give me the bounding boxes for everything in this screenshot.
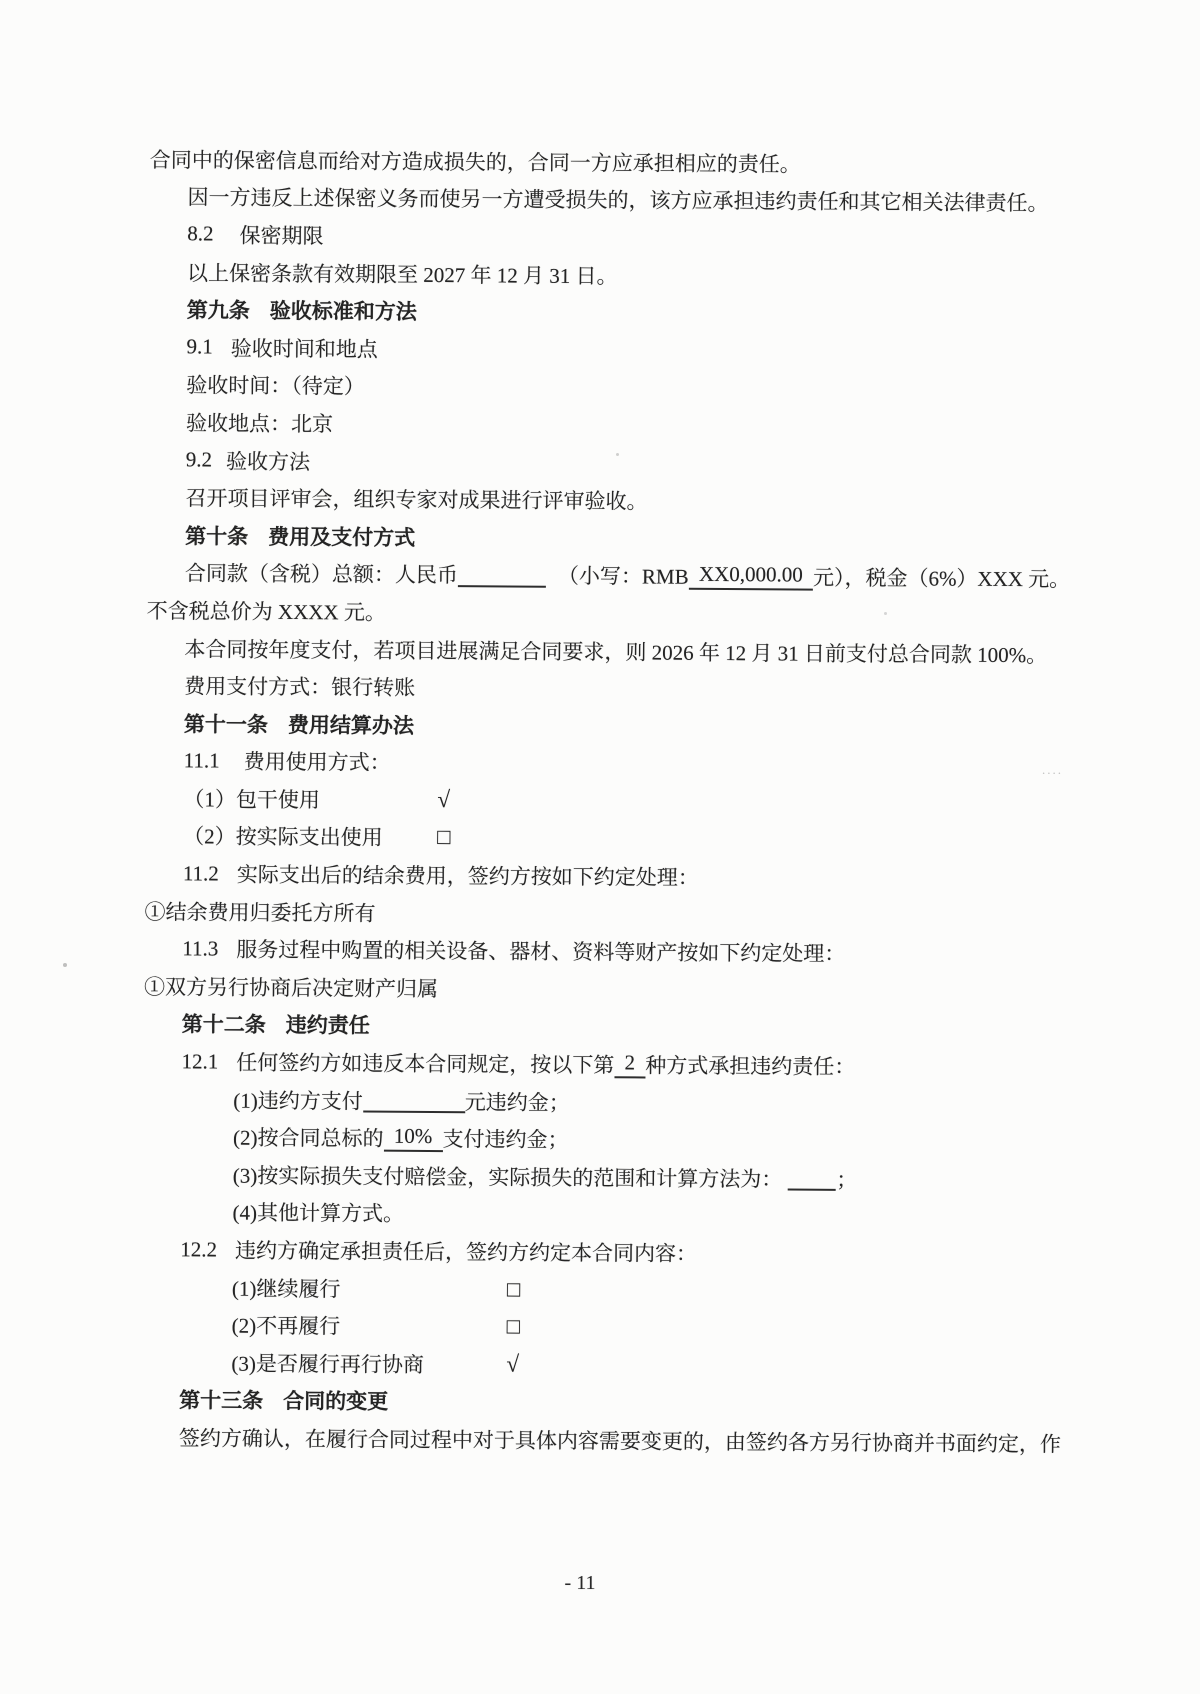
text-run: 验收时间和地点 (231, 332, 378, 363)
text-run: 12.2 (180, 1237, 217, 1262)
text-run: 签约方确认，在履行合同过程中对于具体内容需要变更的，由签约各方另行协商并书面约定… (179, 1422, 1061, 1458)
text-run: ①双方另行协商后决定财产归属 (144, 971, 438, 1003)
text-run: ①结余费用归委托方所有 (145, 896, 376, 928)
text-run: 11.2 (183, 861, 219, 886)
text-run: 元违约金； (465, 1086, 570, 1117)
checkbox-icon: □ (437, 825, 450, 851)
text-run: 验收标准和方法 (270, 295, 417, 326)
text-run: 12.1 (181, 1049, 218, 1074)
page-number: - 11 (0, 1572, 1160, 1595)
text-run: 违约责任 (286, 1009, 370, 1040)
text-run: 验收时间：（待定） (186, 370, 365, 401)
text-run: 9.1 (186, 335, 212, 360)
text-run: 任何签约方如违反本合同规定，按以下第 (236, 1047, 614, 1080)
text-run: 保密期限 (239, 220, 323, 251)
scan-speckle (616, 453, 619, 456)
text-run: (2)按合同总标的 (233, 1122, 384, 1153)
blank-underline (363, 1088, 465, 1114)
checkbox-icon: □ (507, 1314, 520, 1340)
text-run: 种方式承担违约责任： (645, 1050, 855, 1081)
scan-smudge: .... (1042, 762, 1063, 778)
text-run: 服务过程中购置的相关设备、器材、资料等财产按如下约定处理： (236, 934, 845, 968)
text-run: 11.3 (182, 936, 218, 961)
checkmark-icon: √ (437, 787, 450, 813)
text-run: （小写：RMB (558, 560, 689, 591)
blank-underline (458, 562, 546, 588)
contract-modification-line: 签约方确认，在履行合同过程中对于具体内容需要变更的，由签约各方另行协商并书面约定… (0, 1417, 1191, 1463)
text-run: 验收地点：北京 (186, 407, 333, 438)
text-run: 第十条 (185, 520, 248, 550)
checkbox-icon: □ (507, 1276, 520, 1302)
text-run: 以上保密条款有效期限至 2027 年 12 月 31 日。 (187, 257, 618, 290)
text-run: 不含税总价为 XXXX 元。 (147, 595, 386, 627)
text-run: 第十一条 (184, 708, 268, 739)
checkmark-icon: √ (506, 1351, 519, 1377)
scan-speckle (884, 612, 887, 615)
text-run: 违约方确定承担责任后，签约方约定本合同内容： (235, 1235, 697, 1268)
text-run: 元），税金（6%）XXX 元。 (813, 562, 1070, 594)
contract-page: 合同中的保密信息而给对方造成损失的，合同一方应承担相应的责任。因一方违反上述保密… (0, 0, 1200, 1694)
text-run: 合同的变更 (283, 1385, 388, 1416)
text-run: 费用支付方式：银行转账 (184, 670, 415, 702)
text-run: (3)按实际损失支付赔偿金，实际损失的范围和计算方法为： (233, 1159, 783, 1193)
text-run: (2)不再履行 (232, 1310, 507, 1342)
underlined-value: 10% (383, 1124, 442, 1152)
text-run: 费用结算办法 (288, 709, 414, 740)
text-run: 实际支出后的结余费用，签约方按如下约定处理： (237, 859, 699, 892)
text-run: 验收方法 (226, 445, 310, 476)
text-run: (3)是否履行再行协商 (231, 1347, 506, 1379)
scan-speckle (63, 963, 67, 967)
text-run: 支付违约金； (442, 1123, 568, 1154)
text-run: 第十二条 (182, 1009, 266, 1040)
text-run: 9.2 (186, 447, 212, 472)
text-run: 本合同按年度支付，若项目进展满足合同要求，则 2026 年 12 月 31 日前… (184, 633, 1047, 669)
blank-underline (788, 1166, 836, 1191)
document-body: 合同中的保密信息而给对方造成损失的，合同一方应承担相应的责任。因一方违反上述保密… (0, 139, 1200, 1463)
text-run: ； (836, 1164, 857, 1194)
text-run: （1）包干使用 (183, 783, 437, 815)
text-run: (4)其他计算方式。 (232, 1197, 404, 1228)
text-run: 第九条 (187, 294, 250, 324)
text-run: 11.1 (184, 748, 220, 773)
text-run: 费用使用方式： (244, 746, 391, 777)
text-run: 因一方违反上述保密义务而使另一方遭受损失的，该方应承担违约责任和其它相关法律责任… (188, 182, 1049, 218)
underlined-value: 2 (614, 1050, 645, 1078)
text-run: 召开项目评审会，组织专家对成果进行评审验收。 (185, 482, 647, 515)
underlined-value: XX0,000.00 (689, 562, 814, 591)
text-run: (1)违约方支付 (233, 1084, 363, 1115)
text-run: 8.2 (187, 222, 213, 247)
text-run: 费用及支付方式 (268, 521, 415, 552)
text-run: 合同中的保密信息而给对方造成损失的，合同一方应承担相应的责任。 (150, 144, 801, 179)
text-run: 合同款（含税）总额：人民币 (185, 558, 458, 590)
text-run: (1)继续履行 (232, 1272, 507, 1304)
text-run: （2）按实际支出使用 (183, 821, 437, 853)
text-run: 第十三条 (179, 1385, 263, 1416)
